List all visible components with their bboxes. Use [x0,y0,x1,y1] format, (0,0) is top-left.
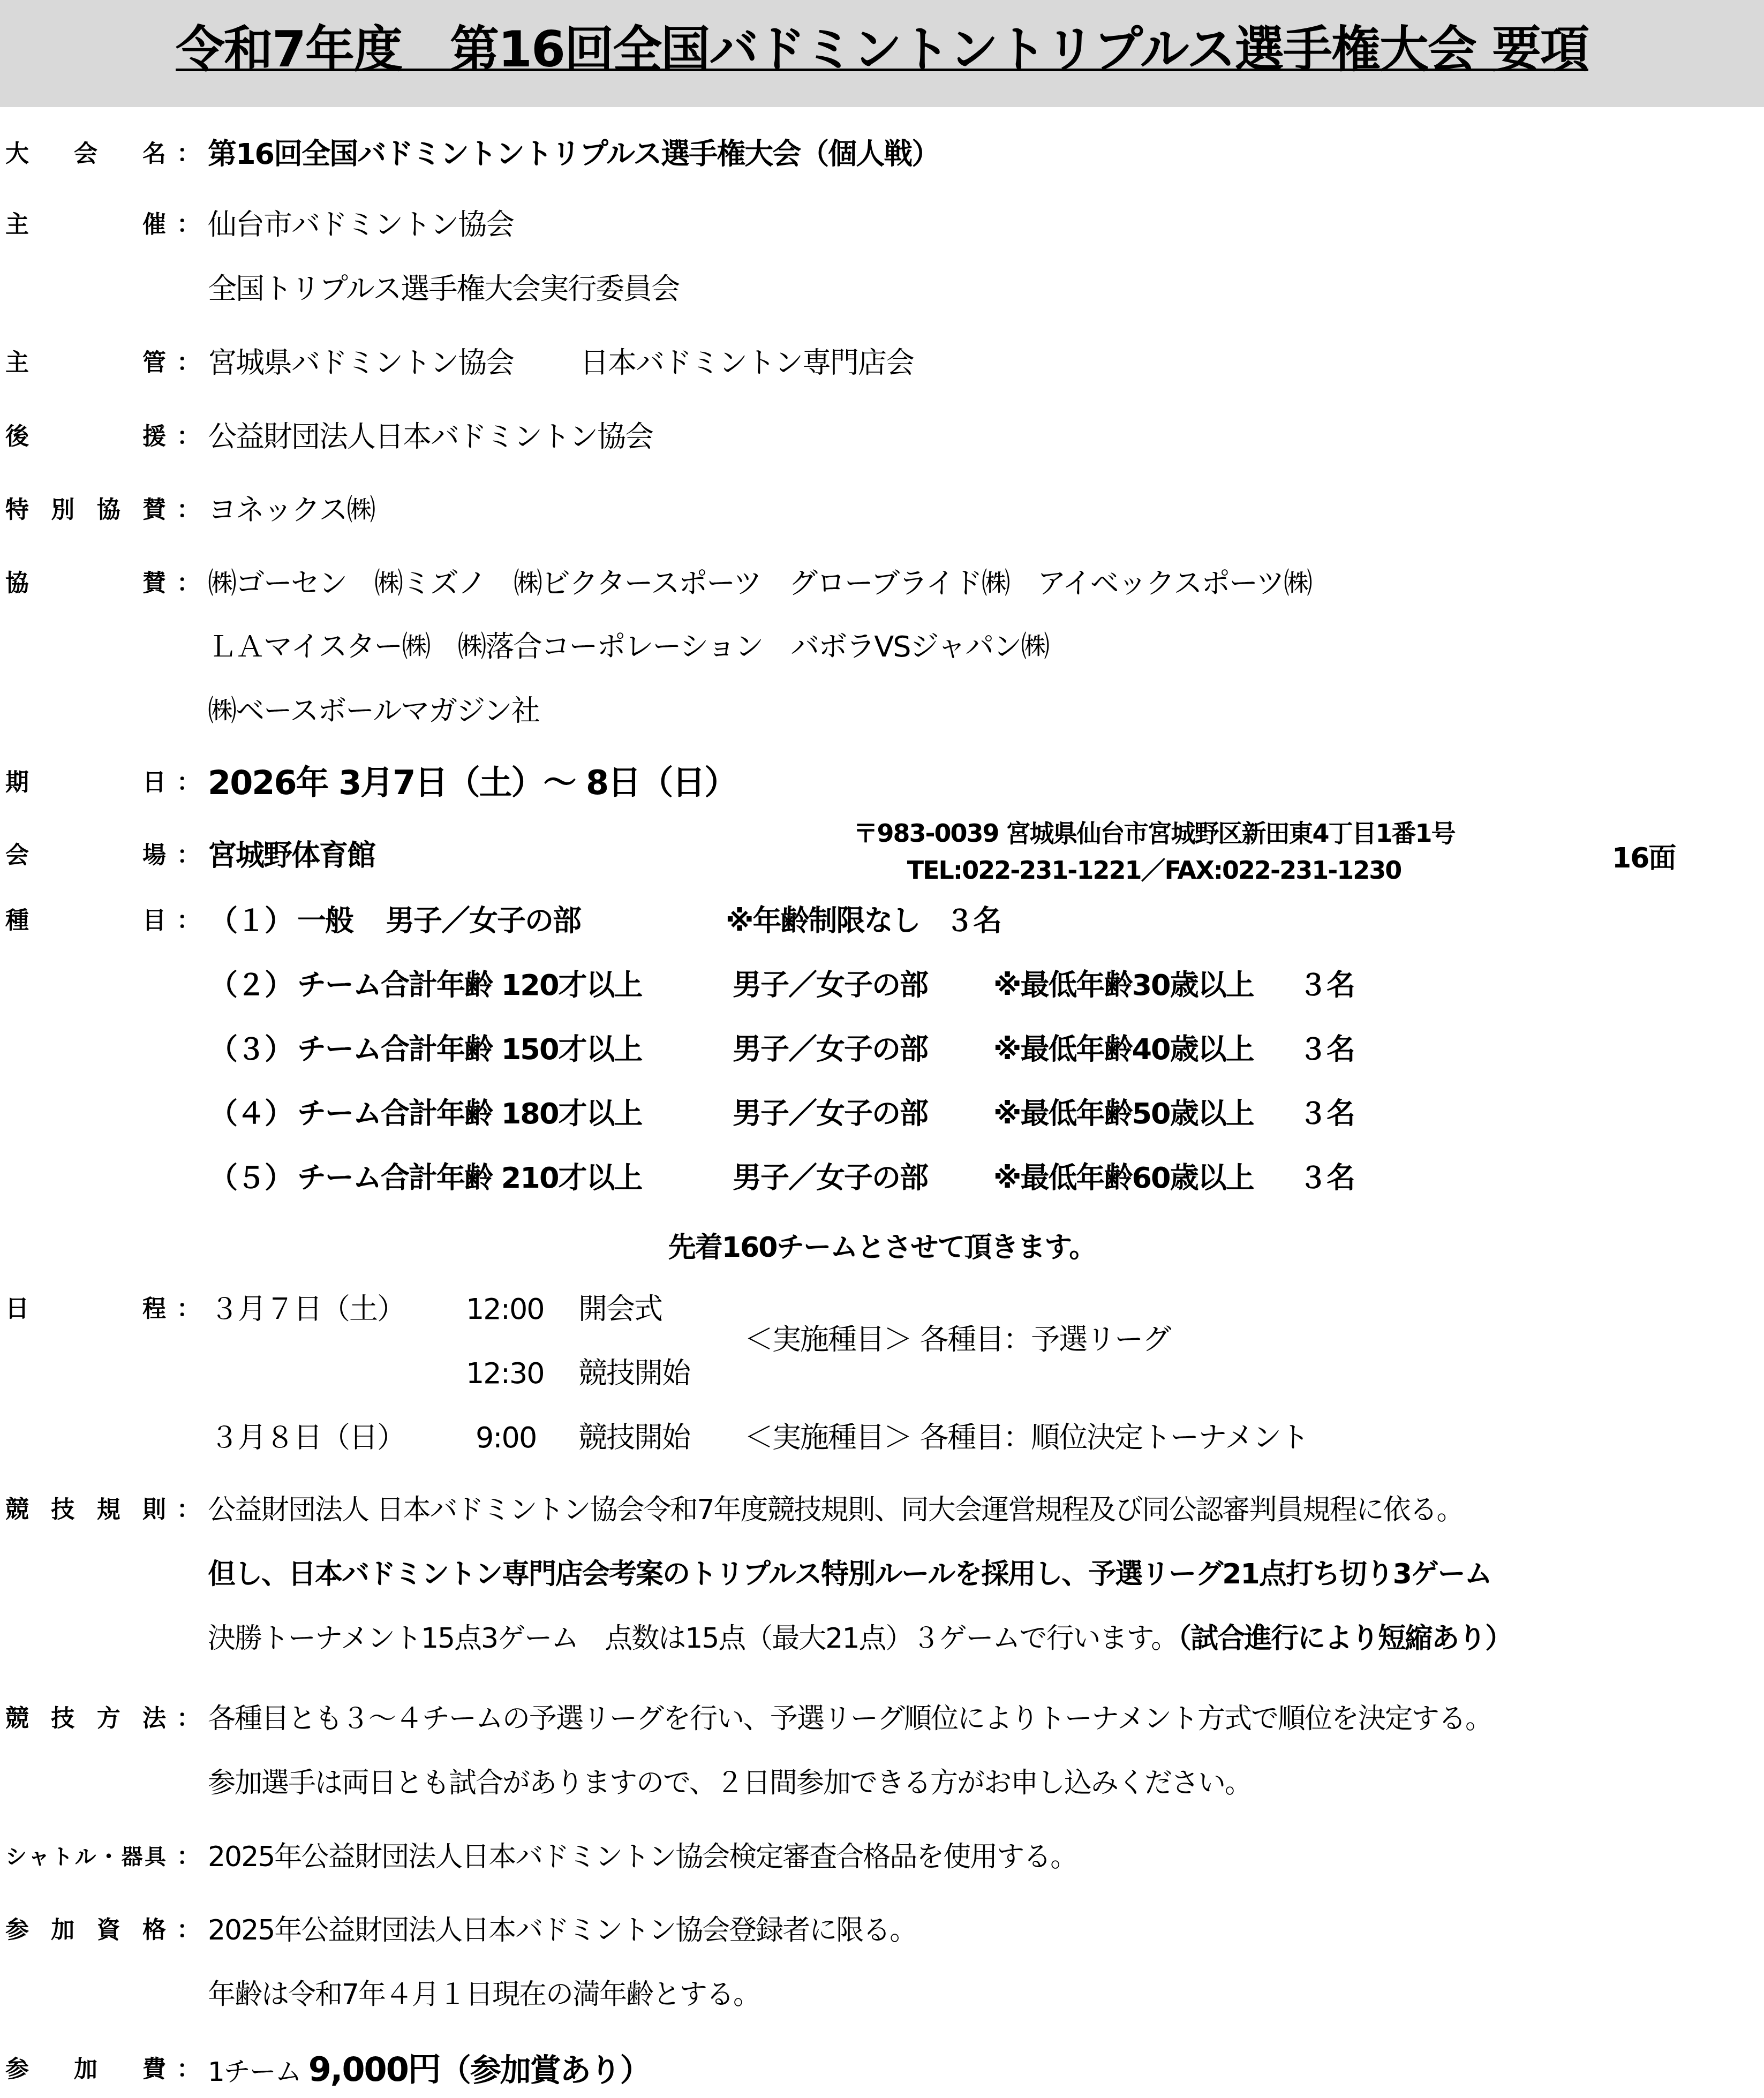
schedule-day1-time-1: 12:00 [466,1288,544,1331]
organizer-line-2: 全国トリプルス選手権大会実行委員会 [208,268,679,311]
label-venue: 会 場 [5,834,166,877]
sponsors-line-3: ㈱ベースボールマガジン社 [208,690,539,733]
schedule-day1-time-2: 12:30 [466,1352,544,1395]
fee-unit: 1チーム [208,2056,301,2087]
event-1-members: ３名 [945,900,1001,942]
event-4-no: （４） [209,1092,292,1135]
date-value: 2026年 3月7日（土）～ 8日（日） [208,761,736,804]
management-item-1: 宮城県バドミントン協会 [208,342,514,384]
colon: ： [177,562,193,605]
event-5-members: ３名 [1299,1157,1354,1199]
event-1-category: 一般 [297,900,353,942]
event-5-no: （５） [209,1157,292,1199]
event-3-members: ３名 [1299,1028,1354,1071]
fee-note: （参加賞あり） [440,2052,650,2088]
event-2-no: （２） [209,964,292,1007]
event-4-division: 男子／女子の部 [733,1092,928,1135]
colon: ： [177,1836,193,1878]
event-2-members: ３名 [1299,964,1354,1007]
sponsors-line-1: ㈱ゴーセン ㈱ミズノ ㈱ビクタースポーツ グローブライド㈱ アイベックスポーツ㈱ [208,562,1311,605]
colon: ： [177,2048,193,2091]
label-method: 競技方法 [5,1697,166,1740]
colon: ： [177,416,193,458]
colon: ： [177,761,193,804]
special-sponsor-value: ヨネックス㈱ [208,489,374,532]
event-row-5: （５） チーム合計年齢 210才以上 男子／女子の部 ※最低年齢60歳以上 ３名 [0,1157,1764,1199]
event-2-note: ※最低年齢30歳以上 [993,964,1254,1007]
section-management: 主 管 ： 宮城県バドミントン協会 日本バドミントン専門店会 [0,342,1764,384]
event-2-division: 男子／女子の部 [733,964,928,1007]
colon: ： [177,203,193,246]
label-rules: 競技規則 [5,1489,166,1531]
events-limit-note: 先着160チームとさせて頂きます。 [0,1226,1764,1269]
eligibility-line-2: 年齢は令和7年４月１日現在の満年齢とする。 [208,1973,760,2016]
event-1-note: ※年齢制限なし [726,900,920,942]
section-eligibility: 参加資格 ： 2025年公益財団法人日本バドミントン協会登録者に限る。 [0,1909,1764,1952]
schedule-day1-program: ＜実施種目＞ 各種目：予選リーグ [744,1318,1170,1361]
event-4-category: チーム合計年齢 180才以上 [297,1092,642,1135]
event-5-category: チーム合計年齢 210才以上 [297,1157,642,1199]
event-3-note: ※最低年齢40歳以上 [993,1028,1254,1071]
eligibility-line-1: 2025年公益財団法人日本バドミントン協会登録者に限る。 [208,1909,916,1952]
event-2-category: チーム合計年齢 120才以上 [297,964,642,1007]
schedule-day1-date: ３月７日（土） [210,1288,405,1331]
event-4-members: ３名 [1299,1092,1354,1135]
label-events: 種 目 [5,900,166,942]
event-row-2: （２） チーム合計年齢 120才以上 男子／女子の部 ※最低年齢30歳以上 ３名 [0,964,1764,1007]
event-row-3: （３） チーム合計年齢 150才以上 男子／女子の部 ※最低年齢40歳以上 ３名 [0,1028,1764,1071]
schedule-day2-time: 9:00 [476,1416,536,1459]
fee-value: 1チーム 9,000円（参加賞あり） [208,2048,650,2093]
event-row-4: （４） チーム合計年齢 180才以上 男子／女子の部 ※最低年齢50歳以上 ３名 [0,1092,1764,1135]
support-value: 公益財団法人日本バドミントン協会 [208,416,653,458]
rules-line-1: 公益財団法人 日本バドミントン協会令和7年度競技規則、同大会運営規程及び同公認審… [208,1489,1464,1531]
page-title-text: 令和7年度 第16回全国バドミントントリプルス選手権大会 要項 [176,21,1588,78]
schedule-day2-date: ３月８日（日） [210,1416,405,1459]
colon: ： [177,342,193,384]
label-organizer: 主 催 [5,203,166,246]
section-tournament-name: 大 会 名 ： 第16回全国バドミントントリプルス選手権大会（個人戦） [0,133,1764,176]
rules-line-3: 決勝トーナメント15点3ゲーム 点数は15点（最大21点）３ゲームで行います。（… [208,1617,1512,1660]
colon: ： [177,133,193,176]
colon: ： [177,1909,193,1952]
sponsors-line-2: ＬＡマイスター㈱ ㈱落合コーポレーション バボラVSジャパン㈱ [208,625,1049,668]
label-tournament-name: 大 会 名 [5,133,166,176]
label-shuttle: シャトル・器具 [5,1836,166,1878]
colon: ： [177,900,193,942]
section-events: 種 目 ： （１） 一般 男子／女子の部 ※年齢制限なし ３名 [0,900,1764,942]
venue-courts: 16面 [1612,837,1675,880]
schedule-day1-event-2: 競技開始 [578,1352,690,1395]
venue-contact: TEL:022-231-1221／FAX:022-231-1230 [811,854,1497,887]
section-organizer: 主 催 ： 仙台市バドミントン協会 [0,203,1764,246]
rules-line-3-normal: 決勝トーナメント15点3ゲーム 点数は15点（最大21点）３ゲームで行います。 [208,1622,1178,1655]
label-sponsors: 協 賛 [5,562,166,605]
event-5-division: 男子／女子の部 [733,1157,928,1199]
colon: ： [177,834,193,877]
colon: ： [177,1697,193,1740]
colon: ： [177,1489,193,1531]
venue-name: 宮城野体育館 [208,834,375,877]
label-management: 主 管 [5,342,166,384]
event-3-no: （３） [209,1028,292,1071]
section-special-sponsor: 特別協賛 ： ヨネックス㈱ [0,489,1764,532]
colon: ： [177,1288,193,1331]
section-method: 競技方法 ： 各種目とも３～４チームの予選リーグを行い、予選リーグ順位によりトー… [0,1697,1764,1740]
label-schedule: 日 程 [5,1288,166,1331]
event-3-category: チーム合計年齢 150才以上 [297,1028,642,1071]
label-support: 後 援 [5,416,166,458]
method-line-2: 参加選手は両日とも試合がありますので、２日間参加できる方がお申し込みください。 [208,1762,1252,1805]
management-item-2: 日本バドミントン専門店会 [580,342,914,384]
label-eligibility: 参加資格 [5,1909,166,1952]
venue-address: 〒983-0039 宮城県仙台市宮城野区新田東4丁目1番1号 [811,817,1497,850]
label-fee: 参 加 費 [5,2048,166,2091]
organizer-line-1: 仙台市バドミントン協会 [208,203,514,246]
event-4-note: ※最低年齢50歳以上 [993,1092,1254,1135]
event-5-note: ※最低年齢60歳以上 [993,1157,1254,1199]
method-line-1: 各種目とも３～４チームの予選リーグを行い、予選リーグ順位によりトーナメント方式で… [208,1697,1492,1740]
shuttle-value: 2025年公益財団法人日本バドミントン協会検定審査合格品を使用する。 [208,1836,1077,1878]
rules-line-2: 但し、日本バドミントン専門店会考案のトリプルス特別ルールを採用し、予選リーグ21… [208,1553,1491,1596]
schedule-day2-event: 競技開始 [578,1416,690,1459]
schedule-day1-event-1: 開会式 [578,1288,662,1331]
section-rules: 競技規則 ： 公益財団法人 日本バドミントン協会令和7年度競技規則、同大会運営規… [0,1489,1764,1531]
label-special-sponsor: 特別協賛 [5,489,166,532]
section-fee: 参 加 費 ： 1チーム 9,000円（参加賞あり） [0,2048,1764,2091]
colon: ： [177,489,193,532]
section-sponsors: 協 賛 ： ㈱ゴーセン ㈱ミズノ ㈱ビクタースポーツ グローブライド㈱ アイベッ… [0,562,1764,605]
tournament-name-value: 第16回全国バドミントントリプルス選手権大会（個人戦） [208,133,939,176]
fee-amount: 9,000円 [308,2050,440,2089]
schedule-day2-program: ＜実施種目＞ 各種目：順位決定トーナメント [744,1416,1308,1459]
page-title: 令和7年度 第16回全国バドミントントリプルス選手権大会 要項 [0,20,1764,79]
section-support: 後 援 ： 公益財団法人日本バドミントン協会 [0,416,1764,458]
event-1-division: 男子／女子の部 [386,900,581,942]
label-date: 期 日 [5,761,166,804]
rules-line-3-bold: （試合進行により短縮あり） [1178,1622,1512,1655]
section-date: 期 日 ： 2026年 3月7日（土）～ 8日（日） [0,761,1764,804]
section-shuttle: シャトル・器具 ： 2025年公益財団法人日本バドミントン協会検定審査合格品を使… [0,1836,1764,1878]
event-3-division: 男子／女子の部 [733,1028,928,1071]
event-1-no: （１） [209,900,292,942]
